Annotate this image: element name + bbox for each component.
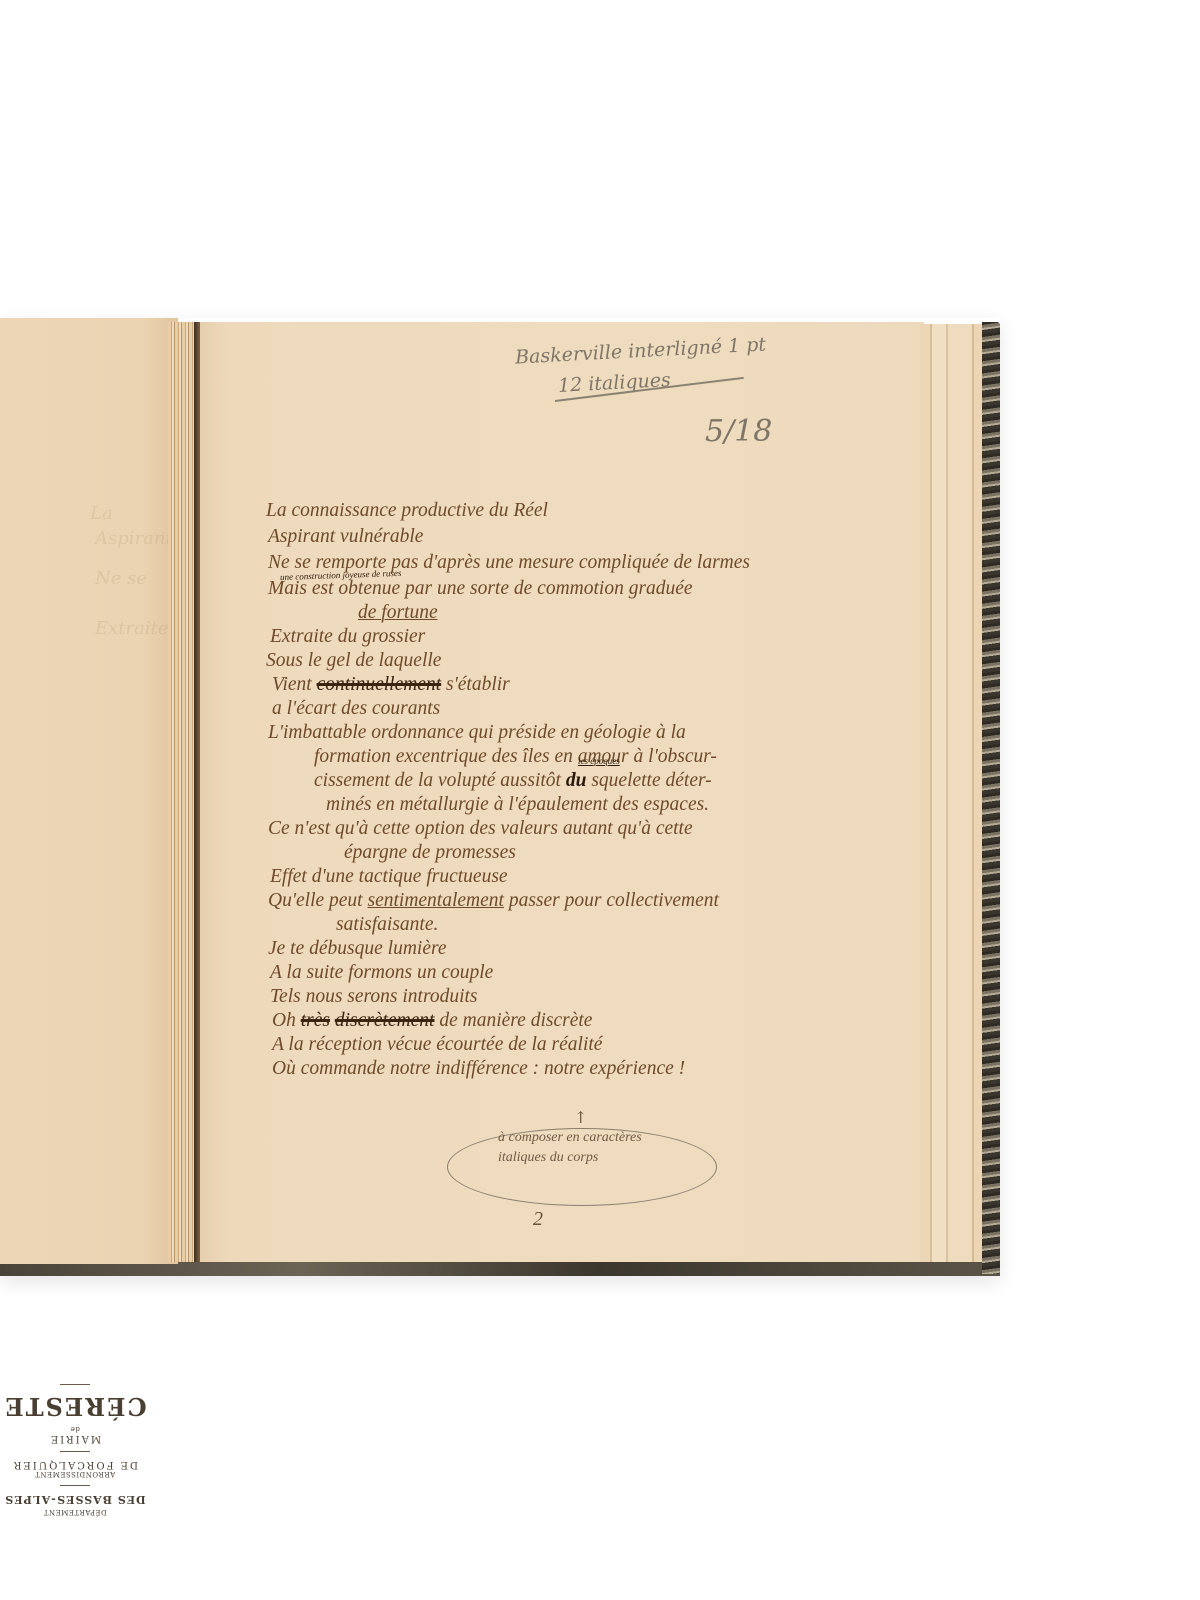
poem-word: passer pour collectivement <box>509 890 719 911</box>
page-number: 2 <box>533 1208 543 1231</box>
poem-line: Ce n'est qu'à cette option des valeurs a… <box>268 818 693 840</box>
underlined-word: sentimentalement <box>367 890 503 911</box>
letterhead-mairie: MAIRIE <box>0 1433 190 1444</box>
poem-line: formation excentrique des îles en amour … <box>314 746 717 768</box>
poem-line: épargne de promesses <box>344 842 516 864</box>
poem-word: Qu'elle peut <box>268 890 363 911</box>
poem-line: Qu'elle peut sentimentalement passer pou… <box>268 890 719 912</box>
struck-word: discrètement <box>335 1010 435 1031</box>
right-page-edges <box>920 324 982 1262</box>
letterhead-basses-alpes: DES BASSES-ALPES <box>0 1493 190 1506</box>
poem-word: Vient <box>272 674 312 695</box>
show-through-text: Extraite <box>95 618 169 639</box>
left-page: La Aspirant Ne se Extraite DÉPARTEMENT D… <box>0 318 178 1264</box>
poem-word: squelette déter- <box>591 770 711 791</box>
poem-line: Oh très discrètement de manière discrète <box>272 1010 592 1032</box>
poem-line: a l'écart des courants <box>272 698 440 720</box>
poem-line: de fortune <box>358 602 438 624</box>
poem-line: A la réception vécue écourtée de la réal… <box>272 1034 602 1056</box>
struck-word: très <box>301 1010 330 1031</box>
show-through-text: Ne se <box>95 568 147 589</box>
poem-line: Sous le gel de laquelle <box>266 650 441 672</box>
poem-line: Extraite du grossier <box>270 626 425 648</box>
poem-word: cissement de la volupté aussitôt <box>314 770 561 791</box>
margin-note-line: italiques du corps <box>498 1148 642 1168</box>
poem-line: Où commande notre indifférence : notre e… <box>272 1058 685 1080</box>
letterhead-arrondissement: ARRONDISSEMENT <box>0 1470 190 1478</box>
poem-line: A la suite formons un couple <box>270 962 493 984</box>
letterhead-de: de <box>0 1425 190 1433</box>
poem-line: Je te débusque lumière <box>268 938 447 960</box>
replacement-word: du <box>566 770 587 791</box>
show-through-text: Aspirant <box>95 528 173 549</box>
margin-note-line: à composer en caractères <box>498 1128 642 1148</box>
poem-line: Vient continuellement s'établir <box>272 674 510 696</box>
poem-line: Mais est obtenue par une sorte de commot… <box>268 578 693 600</box>
poem-line: cissement de la volupté aussitôt du sque… <box>314 770 712 792</box>
marbled-cover-edge <box>982 322 1000 1274</box>
upside-down-letterhead: DÉPARTEMENT DES BASSES-ALPES ARRONDISSEM… <box>0 1346 150 1516</box>
poem-line: L'imbattable ordonnance qui préside en g… <box>268 722 686 744</box>
poem-word: s'établir <box>446 674 510 695</box>
right-page <box>200 322 924 1262</box>
interlinear-insert: les époques <box>578 756 620 766</box>
poem-line: satisfaisante. <box>336 914 438 936</box>
up-arrow-icon: ↑ <box>574 1108 587 1127</box>
letterhead-departement: DÉPARTEMENT <box>0 1508 190 1516</box>
poem-line: Aspirant vulnérable <box>268 526 423 548</box>
show-through-text: La <box>90 503 113 524</box>
letterhead-rule <box>60 1451 90 1452</box>
poem-word: de manière discrète <box>439 1010 592 1031</box>
book-cover-bottom-edge <box>0 1262 1000 1276</box>
letterhead-rule <box>60 1384 90 1385</box>
letterhead-rule <box>60 1485 90 1486</box>
struck-word: continuellement <box>317 674 442 695</box>
poem-line: Effet d'une tactique fructueuse <box>270 866 508 888</box>
poem-line: minés en métallurgie à l'épaulement des … <box>326 794 709 816</box>
poem-line: La connaissance productive du Réel <box>266 500 548 522</box>
margin-note: à composer en caractères italiques du co… <box>498 1128 642 1168</box>
letterhead-cereste: CÉRESTE <box>0 1392 190 1421</box>
poem-line: Tels nous serons introduits <box>270 986 478 1008</box>
letterhead-forcalquier: DE FORCALQUIER <box>0 1459 190 1470</box>
poem-word: Oh <box>272 1010 296 1031</box>
pencil-folio: 5/18 <box>705 414 772 449</box>
